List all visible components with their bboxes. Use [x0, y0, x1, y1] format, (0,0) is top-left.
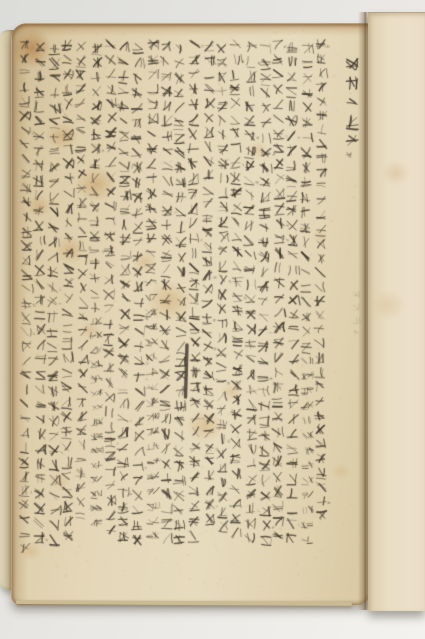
manuscript-photo: 中庸章句序 中庸何為而作也子思子憂道學之失其傳而作也蓋自上古聖神繼天立極而道統之…: [0, 0, 425, 639]
manuscript-page: [11, 23, 370, 605]
bottom-page-edge: [16, 600, 352, 606]
facing-blank-page: [368, 12, 425, 611]
transcription: 中庸章句序 中庸何為而作也子思子憂道學之失其傳而作也蓋自上古聖神繼天立極而道統之…: [0, 0, 1, 1]
